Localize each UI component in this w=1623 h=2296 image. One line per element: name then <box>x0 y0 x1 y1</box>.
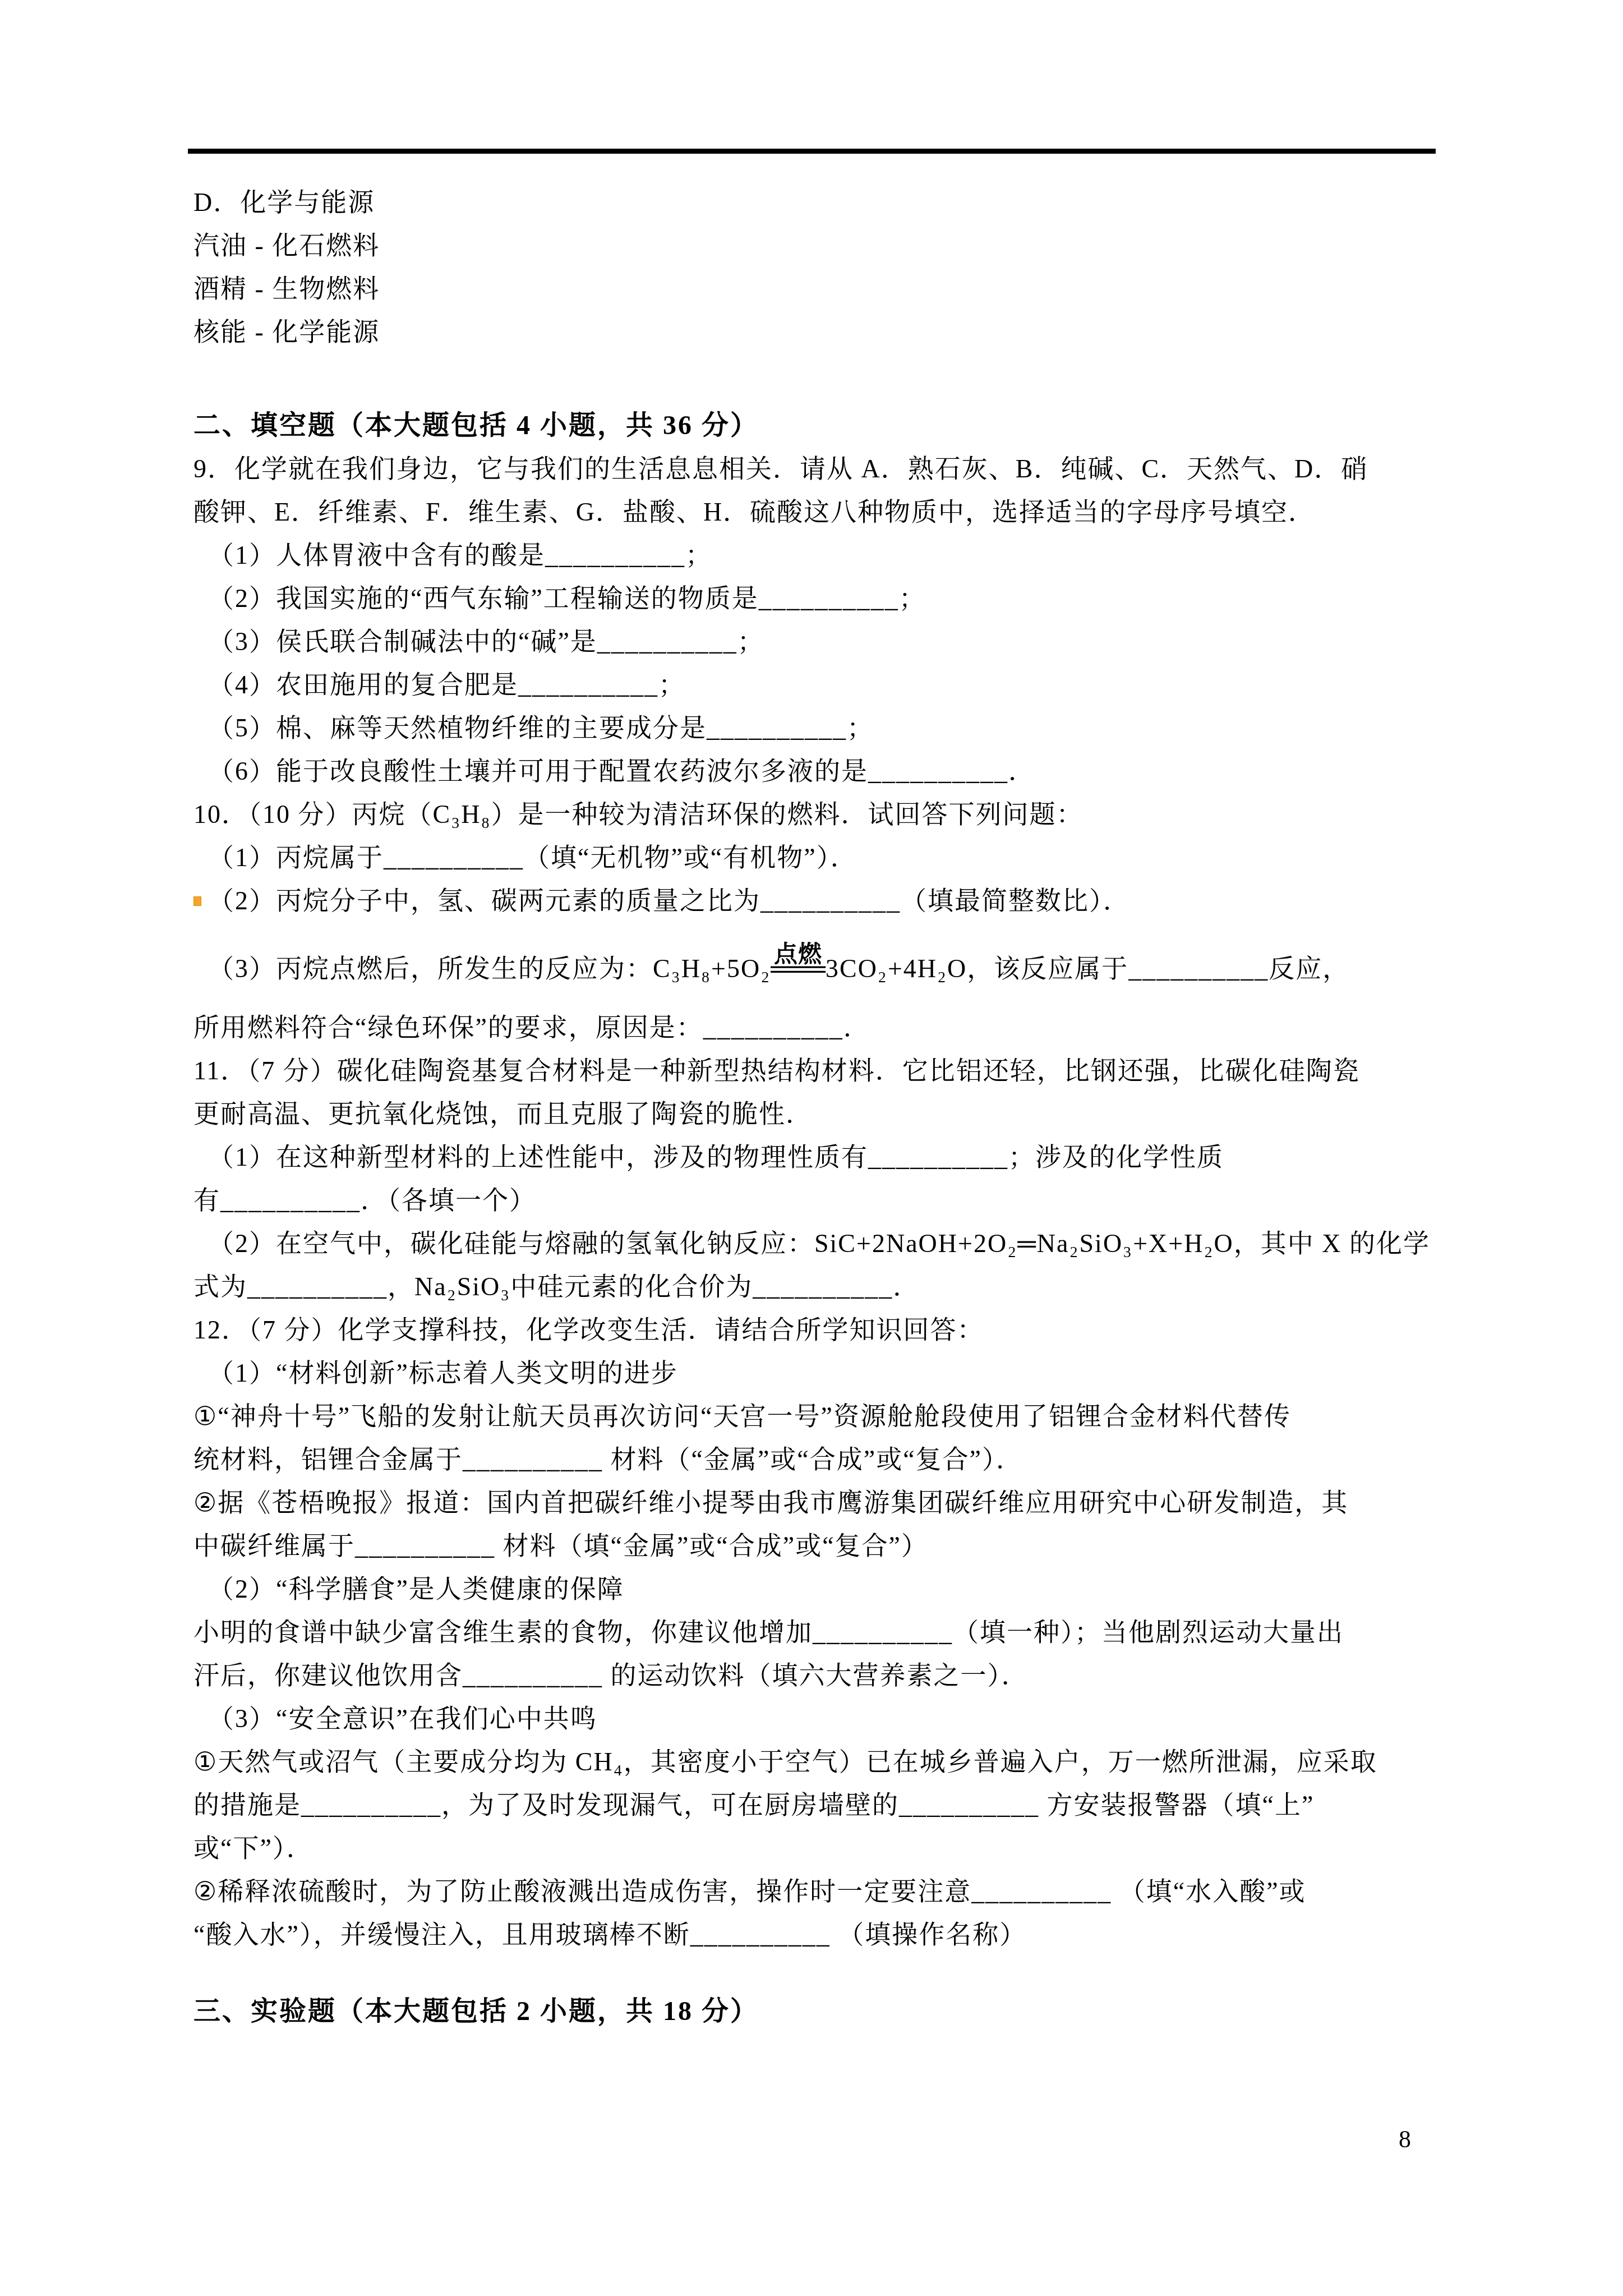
q12-item-3-sub1c: 或“下”）． <box>193 1826 1444 1870</box>
exam-paper-page: D．化学与能源 汽油 - 化石燃料 酒精 - 生物燃料 核能 - 化学能源 二、… <box>0 0 1623 2296</box>
q11-item-2b: 式为__________，Na₂SiO₃中硅元素的化合价为__________． <box>193 1265 1444 1308</box>
q12-line-1: 12．（7 分）化学支撑科技，化学改变生活．请结合所学知识回答： <box>193 1308 1444 1351</box>
q9-item-1: （1）人体胃液中含有的酸是__________； <box>193 533 1444 577</box>
q9-item-5: （5）棉、麻等天然植物纤维的主要成分是__________； <box>193 706 1444 749</box>
ignition-condition-label: 点燃 <box>774 943 822 967</box>
header-divider-line <box>188 149 1436 154</box>
q12-item-3-sub2b: “酸入水”），并缓慢注入，且用玻璃棒不断__________ （填操作名称） <box>193 1913 1444 1956</box>
q9-item-4: （4）农田施用的复合肥是__________； <box>193 663 1444 706</box>
q9-item-3: （3）侯氏联合制碱法中的“碱”是__________； <box>193 620 1444 663</box>
page-number: 8 <box>1399 2125 1411 2155</box>
q12-item-1-sub2a: ②据《苍梧晚报》报道：国内首把碳纤维小提琴由我市鹰游集团碳纤维应用研究中心研发制… <box>193 1481 1444 1524</box>
q9-line-1: 9．化学就在我们身边，它与我们的生活息息相关．请从 A．熟石灰、B．纯碱、C．天… <box>193 447 1444 490</box>
q12-item-2-line2: 汗后，你建议他饮用含__________ 的运动饮料（填六大营养素之一）． <box>193 1654 1444 1697</box>
reaction-condition-stack: 点燃═══ <box>771 947 826 990</box>
q9-item-6: （6）能于改良酸性土壤并可用于配置农药波尔多液的是__________． <box>193 749 1444 793</box>
q9-item-2: （2）我国实施的“西气东输”工程输送的物质是__________； <box>193 577 1444 620</box>
equation-lhs: （3）丙烷点燃后，所发生的反应为：C₃H₈+5O₂ <box>208 954 771 983</box>
q11-line-2: 更耐高温、更抗氧化烧蚀，而且克服了陶瓷的脆性． <box>193 1092 1444 1135</box>
equation-rhs: 3CO₂+4H₂O，该反应属于__________反应， <box>826 954 1349 983</box>
q10-item-3-equation: （3）丙烷点燃后，所发生的反应为：C₃H₈+5O₂点燃═══3CO₂+4H₂O，… <box>193 947 1444 990</box>
q10-item-3-continuation: 所用燃料符合“绿色环保”的要求，原因是：__________． <box>193 1006 1444 1049</box>
q10-item-1: （1）丙烷属于__________（填“无机物”或“有机物”）． <box>193 836 1444 879</box>
option-d-line: D．化学与能源 <box>193 181 1444 224</box>
q12-item-3-sub2a: ②稀释浓硫酸时，为了防止酸液溅出造成伤害，操作时一定要注意__________ … <box>193 1870 1444 1913</box>
q11-item-1b: 有__________．（各填一个） <box>193 1179 1444 1222</box>
page-content: D．化学与能源 汽油 - 化石燃料 酒精 - 生物燃料 核能 - 化学能源 二、… <box>193 181 1444 2033</box>
section-experiment-heading: 三、实验题（本大题包括 2 小题，共 18 分） <box>193 1990 1444 2033</box>
q9-line-2: 酸钾、E．纤维素、F．维生素、G．盐酸、H．硫酸这八种物质中，选择适当的字母序号… <box>193 490 1444 533</box>
q11-line-1: 11．（7 分）碳化硅陶瓷基复合材料是一种新型热结构材料．它比铝还轻，比钢还强，… <box>193 1049 1444 1092</box>
q12-item-3-head: （3）“安全意识”在我们心中共鸣 <box>193 1697 1444 1740</box>
q12-item-2-line1: 小明的食谱中缺少富含维生素的食物，你建议他增加__________（填一种）；当… <box>193 1611 1444 1654</box>
q12-item-1-sub1a: ①“神舟十号”飞船的发射让航天员再次访问“天宫一号”资源舱舱段使用了铝锂合金材料… <box>193 1395 1444 1438</box>
option-d-gasoline: 汽油 - 化石燃料 <box>193 224 1444 267</box>
option-d-alcohol: 酒精 - 生物燃料 <box>193 267 1444 310</box>
q10-line-1: 10．（10 分）丙烷（C₃H₈）是一种较为清洁环保的燃料．试回答下列问题： <box>193 793 1444 836</box>
q12-item-1-sub1b: 统材料，铝锂合金属于__________ 材料（“金属”或“合成”或“复合”）． <box>193 1438 1444 1481</box>
q12-item-1-head: （1）“材料创新”标志着人类文明的进步 <box>193 1351 1444 1395</box>
q11-item-1a: （1）在这种新型材料的上述性能中，涉及的物理性质有__________；涉及的化… <box>193 1135 1444 1179</box>
q12-item-1-sub2b: 中碳纤维属于__________ 材料（填“金属”或“合成”或“复合”） <box>193 1524 1444 1567</box>
q12-item-2-head: （2）“科学膳食”是人类健康的保障 <box>193 1567 1444 1611</box>
q10-item-2: （2）丙烷分子中，氢、碳两元素的质量之比为__________（填最简整数比）． <box>193 879 1444 922</box>
section-fill-in-heading: 二、填空题（本大题包括 4 小题，共 36 分） <box>193 404 1444 447</box>
q12-item-3-sub1a: ①天然气或沼气（主要成分均为 CH₄，其密度小于空气）已在城乡普遍入户，万一燃所… <box>193 1740 1444 1783</box>
q11-item-2a: （2）在空气中，碳化硅能与熔融的氢氧化钠反应：SiC+2NaOH+2O₂═Na₂… <box>193 1222 1444 1265</box>
option-d-nuclear: 核能 - 化学能源 <box>193 310 1444 353</box>
q12-item-3-sub1b: 的措施是__________，为了及时发现漏气，可在厨房墙壁的_________… <box>193 1783 1444 1826</box>
